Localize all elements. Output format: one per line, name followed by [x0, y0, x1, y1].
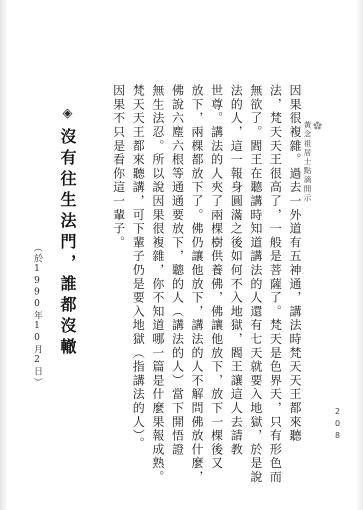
text-column: 法，梵天天王很高了，一般是菩薩了。梵天是色界天，只有形色而	[265, 84, 285, 500]
section-heading: ◈沒有往生法門，誰都沒轍	[56, 106, 79, 359]
text-column: 世尊。講法的人夾了兩棵樹供養佛，佛讓他放下，放下一棵後又	[206, 84, 226, 500]
page-number: 208	[333, 407, 342, 443]
date-open-paren: （	[32, 243, 42, 254]
book-page: 黃念祖居士點滴開示 208 因果很複雜。過去一外道有五神通，講法時梵天天王都來聽…	[0, 0, 363, 510]
page-edge-shadow-right	[356, 0, 363, 510]
text-column: 梵天天王都來聽講，可下輩子仍是要入地獄（指講法的人）。	[128, 84, 148, 500]
main-text-block: 因果很複雜。過去一外道有五神通，講法時梵天天王都來聽 法，梵天天王很高了，一般是…	[108, 84, 304, 500]
page-edge-shadow-left	[0, 0, 8, 510]
text-column: 佛說六塵六根等通通要放下，聽的人（講法的人）當下開悟證	[167, 84, 187, 500]
text-column: 法的人，這一報身圓滿之後如何不入地獄，閻王讓這人去請教	[226, 84, 246, 500]
text-column: 因果不只是看你這一輩子。	[108, 84, 128, 500]
running-header: 黃念祖居士點滴開示	[302, 121, 322, 203]
section-heading-text: 沒有往生法門，誰都沒轍	[58, 128, 77, 359]
text-column: 無生法忍。所以說因果很複雜，你不知道哪一篇是什麼果報成熟。	[147, 84, 167, 500]
date-close-paren: ）	[32, 377, 42, 388]
text-column: 無欲了。閻王在聽講時知道講法的人還有七天就要入地獄，於是說	[245, 84, 265, 500]
flower-ornament-icon	[313, 121, 322, 130]
date-note: （於1990年10月2日）	[31, 243, 47, 388]
text-column: 放下，兩棵都放下了。佛仍讓他放下，講法的人不解問佛放什麼，	[186, 84, 206, 500]
diamond-ornament-icon: ◈	[60, 106, 75, 128]
running-header-title: 黃念祖居士點滴開示	[303, 121, 312, 203]
text-column: 因果很複雜。過去一外道有五神通，講法時梵天天王都來聽	[284, 84, 304, 500]
date-text: 於1990年10月2日	[32, 254, 42, 378]
